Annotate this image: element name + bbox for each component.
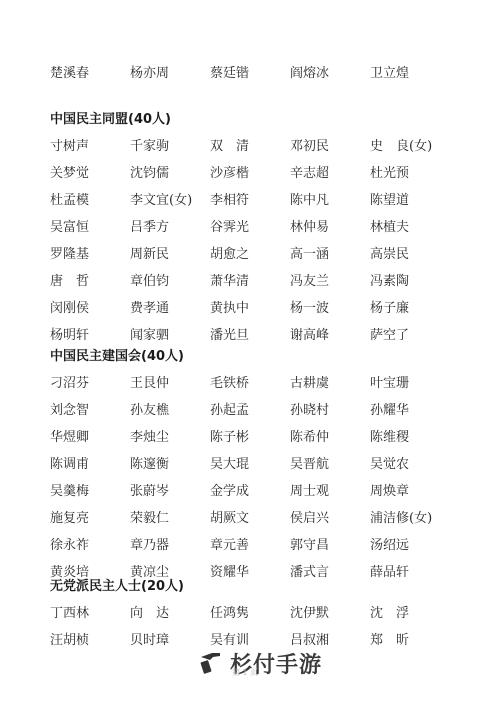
watermark: 杉付手游 bbox=[198, 648, 322, 679]
name-cell: 高一涵 bbox=[290, 243, 370, 262]
name-row: 寸树声 千家驹 双 清 邓初民 史 良(女) bbox=[50, 131, 470, 158]
name-cell: 孙友樵 bbox=[130, 399, 210, 418]
section-title: 中国民主建国会(40人) bbox=[50, 340, 470, 368]
page-number: 第 1 页 bbox=[232, 667, 258, 678]
name-cell: 冯友兰 bbox=[290, 270, 370, 289]
name-cell: 冯素陶 bbox=[370, 270, 450, 289]
section-title: 无党派民主人士(20人) bbox=[50, 570, 470, 598]
hand-card-icon bbox=[198, 649, 224, 679]
name-cell: 李烛尘 bbox=[130, 426, 210, 445]
name-cell: 徐永祚 bbox=[50, 534, 130, 553]
name-cell: 闵刚侯 bbox=[50, 297, 130, 316]
name-cell: 双 清 bbox=[210, 135, 290, 154]
name-cell: 张蔚岑 bbox=[130, 480, 210, 499]
name-cell: 汪胡桢 bbox=[50, 629, 130, 648]
name-row: 陈调甫 陈邃衡 吴大琨 吴晋航 吴觉农 bbox=[50, 449, 470, 476]
name-cell: 杨亦周 bbox=[130, 62, 210, 81]
name-row: 杜孟模 李文宜(女) 李相符 陈中凡 陈望道 bbox=[50, 185, 470, 212]
name-cell: 浦洁修(女) bbox=[370, 507, 450, 526]
name-cell: 陈调甫 bbox=[50, 453, 130, 472]
name-cell: 千家驹 bbox=[130, 135, 210, 154]
name-row: 罗隆基 周新民 胡愈之 高一涵 高崇民 bbox=[50, 239, 470, 266]
name-cell: 刘念智 bbox=[50, 399, 130, 418]
name-cell: 侯启兴 bbox=[290, 507, 370, 526]
name-cell: 章元善 bbox=[210, 534, 290, 553]
name-cell: 陈邃衡 bbox=[130, 453, 210, 472]
name-cell: 孙晓村 bbox=[290, 399, 370, 418]
name-row: 吴富恒 吕季方 谷霁光 林仲易 林植夫 bbox=[50, 212, 470, 239]
name-cell: 陈希仲 bbox=[290, 426, 370, 445]
name-cell: 林仲易 bbox=[290, 216, 370, 235]
name-cell: 高崇民 bbox=[370, 243, 450, 262]
name-row: 施复亮 荣毅仁 胡厥文 侯启兴 浦洁修(女) bbox=[50, 503, 470, 530]
name-cell: 杜光预 bbox=[370, 162, 450, 181]
name-cell: 任鸿隽 bbox=[210, 602, 290, 621]
name-cell: 卫立煌 bbox=[370, 62, 450, 81]
name-cell: 汤绍远 bbox=[370, 534, 450, 553]
section-democratic-national-construction: 中国民主建国会(40人) 刁沼芬 王艮仲 毛铁桥 古耕虞 叶宝珊 刘念智 孙友樵… bbox=[50, 340, 470, 584]
name-row: 刁沼芬 王艮仲 毛铁桥 古耕虞 叶宝珊 bbox=[50, 368, 470, 395]
name-cell: 周新民 bbox=[130, 243, 210, 262]
name-cell: 林植夫 bbox=[370, 216, 450, 235]
name-cell: 丁西林 bbox=[50, 602, 130, 621]
name-cell: 吴晋航 bbox=[290, 453, 370, 472]
name-cell: 荣毅仁 bbox=[130, 507, 210, 526]
name-cell: 吴富恒 bbox=[50, 216, 130, 235]
name-cell: 李文宜(女) bbox=[130, 189, 210, 208]
name-cell: 孙起孟 bbox=[210, 399, 290, 418]
name-cell: 罗隆基 bbox=[50, 243, 130, 262]
name-cell: 陈望道 bbox=[370, 189, 450, 208]
name-cell: 关梦觉 bbox=[50, 162, 130, 181]
name-cell: 胡愈之 bbox=[210, 243, 290, 262]
name-cell: 章伯钧 bbox=[130, 270, 210, 289]
name-cell: 吴大琨 bbox=[210, 453, 290, 472]
name-cell: 陈子彬 bbox=[210, 426, 290, 445]
name-cell: 杜孟模 bbox=[50, 189, 130, 208]
name-cell: 黄执中 bbox=[210, 297, 290, 316]
name-cell: 胡厥文 bbox=[210, 507, 290, 526]
name-cell: 吴觉农 bbox=[370, 453, 450, 472]
name-cell: 吴羹梅 bbox=[50, 480, 130, 499]
section-non-partisan: 无党派民主人士(20人) 丁西林 向 达 任鸿隽 沈伊默 沈 浮 汪胡桢 贝时璋… bbox=[50, 570, 470, 652]
name-cell: 向 达 bbox=[130, 602, 210, 621]
name-cell: 华煜卿 bbox=[50, 426, 130, 445]
name-cell: 杨一波 bbox=[290, 297, 370, 316]
name-cell: 蔡廷锴 bbox=[210, 62, 290, 81]
name-cell: 郑 昕 bbox=[370, 629, 450, 648]
name-cell: 史 良(女) bbox=[370, 135, 450, 154]
name-cell: 吴有训 bbox=[210, 629, 290, 648]
name-row: 华煜卿 李烛尘 陈子彬 陈希仲 陈维稷 bbox=[50, 422, 470, 449]
name-row: 楚溪春 杨亦周 蔡廷锴 阎熔冰 卫立煌 bbox=[50, 58, 470, 85]
name-row: 唐 哲 章伯钧 萧华清 冯友兰 冯素陶 bbox=[50, 266, 470, 293]
name-row: 闵刚侯 费孝通 黄执中 杨一波 杨子廉 bbox=[50, 293, 470, 320]
name-cell: 吕叔湘 bbox=[290, 629, 370, 648]
name-cell: 沈 浮 bbox=[370, 602, 450, 621]
name-cell: 贝时璋 bbox=[130, 629, 210, 648]
name-cell: 章乃器 bbox=[130, 534, 210, 553]
name-row: 徐永祚 章乃器 章元善 郭守昌 汤绍远 bbox=[50, 530, 470, 557]
section-democratic-league: 中国民主同盟(40人) 寸树声 千家驹 双 清 邓初民 史 良(女) 关梦觉 沈… bbox=[50, 103, 470, 347]
name-cell: 郭守昌 bbox=[290, 534, 370, 553]
name-cell: 孙耀华 bbox=[370, 399, 450, 418]
name-cell: 杨子廉 bbox=[370, 297, 450, 316]
name-cell: 费孝通 bbox=[130, 297, 210, 316]
continued-list: 楚溪春 杨亦周 蔡廷锴 阎熔冰 卫立煌 bbox=[50, 58, 470, 85]
name-cell: 谷霁光 bbox=[210, 216, 290, 235]
name-cell: 叶宝珊 bbox=[370, 372, 450, 391]
name-cell: 王艮仲 bbox=[130, 372, 210, 391]
name-cell: 唐 哲 bbox=[50, 270, 130, 289]
name-cell: 周士观 bbox=[290, 480, 370, 499]
name-cell: 李相符 bbox=[210, 189, 290, 208]
name-cell: 毛铁桥 bbox=[210, 372, 290, 391]
name-cell: 寸树声 bbox=[50, 135, 130, 154]
name-cell: 楚溪春 bbox=[50, 62, 130, 81]
name-cell: 古耕虞 bbox=[290, 372, 370, 391]
name-cell: 吕季方 bbox=[130, 216, 210, 235]
name-cell: 辛志超 bbox=[290, 162, 370, 181]
name-cell: 沈钧儒 bbox=[130, 162, 210, 181]
name-row: 刘念智 孙友樵 孙起孟 孙晓村 孙耀华 bbox=[50, 395, 470, 422]
name-cell: 刁沼芬 bbox=[50, 372, 130, 391]
name-row: 丁西林 向 达 任鸿隽 沈伊默 沈 浮 bbox=[50, 598, 470, 625]
name-cell: 沈伊默 bbox=[290, 602, 370, 621]
name-cell: 陈中凡 bbox=[290, 189, 370, 208]
section-title: 中国民主同盟(40人) bbox=[50, 103, 470, 131]
name-cell: 周焕章 bbox=[370, 480, 450, 499]
name-row: 关梦觉 沈钧儒 沙彦楷 辛志超 杜光预 bbox=[50, 158, 470, 185]
name-cell: 阎熔冰 bbox=[290, 62, 370, 81]
name-cell: 陈维稷 bbox=[370, 426, 450, 445]
name-cell: 邓初民 bbox=[290, 135, 370, 154]
name-row: 吴羹梅 张蔚岑 金学成 周士观 周焕章 bbox=[50, 476, 470, 503]
name-cell: 沙彦楷 bbox=[210, 162, 290, 181]
name-cell: 金学成 bbox=[210, 480, 290, 499]
name-cell: 萧华清 bbox=[210, 270, 290, 289]
name-cell: 施复亮 bbox=[50, 507, 130, 526]
